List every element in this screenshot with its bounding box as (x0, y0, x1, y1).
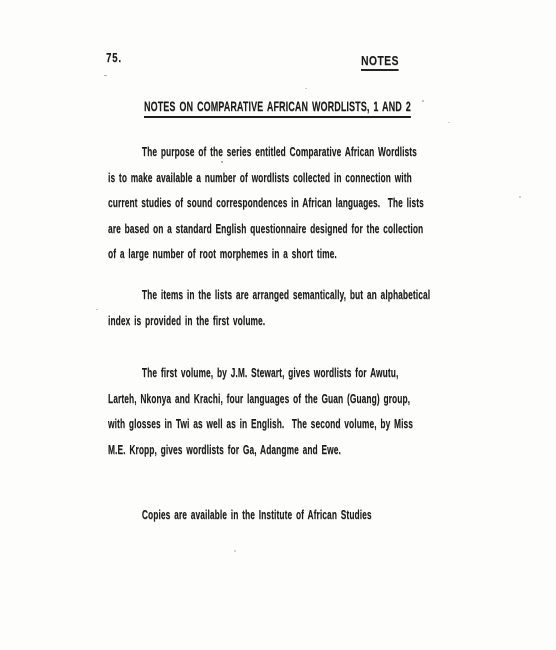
text-line: index is provided in the first volume. (108, 308, 430, 334)
text-line: are based on a standard English question… (108, 216, 424, 242)
scan-speck (221, 161, 223, 163)
paragraph: The items in the lists are arranged sema… (108, 282, 556, 333)
text-line: Copies are available in the Institute of… (108, 502, 372, 528)
text-line: The items in the lists are arranged sema… (108, 282, 430, 308)
scan-speck (96, 309, 98, 310)
document-title: NOTES ON COMPARATIVE AFRICAN WORDLISTS, … (144, 98, 411, 118)
scan-speck (234, 550, 236, 552)
paragraph: The purpose of the series entitled Compa… (108, 139, 556, 267)
text-line: The first volume, by J.M. Stewart, gives… (108, 360, 413, 386)
paragraph: Copies are available in the Institute of… (108, 502, 520, 528)
text-line: Larteh, Nkonya and Krachi, four language… (108, 386, 413, 412)
document-page: 75. NOTES NOTES ON COMPARATIVE AFRICAN W… (0, 0, 556, 650)
scan-speck (104, 75, 107, 76)
text-line: is to make available a number of wordlis… (108, 165, 424, 191)
text-line: with glosses in Twi as well as in Englis… (108, 411, 413, 437)
scan-speck (519, 196, 521, 198)
paragraph: The first volume, by J.M. Stewart, gives… (108, 360, 556, 462)
scan-speck (422, 100, 424, 102)
text-line: The purpose of the series entitled Compa… (108, 139, 424, 165)
running-header: NOTES (361, 53, 399, 71)
text-line: M.E. Kropp, gives wordlists for Ga, Adan… (108, 437, 413, 463)
scan-speck (448, 122, 450, 123)
text-line: of a large number of root morphemes in a… (108, 241, 424, 267)
scan-speck (305, 88, 307, 89)
page-number: 75. (106, 50, 122, 65)
text-line: current studies of sound correspondences… (108, 190, 424, 216)
